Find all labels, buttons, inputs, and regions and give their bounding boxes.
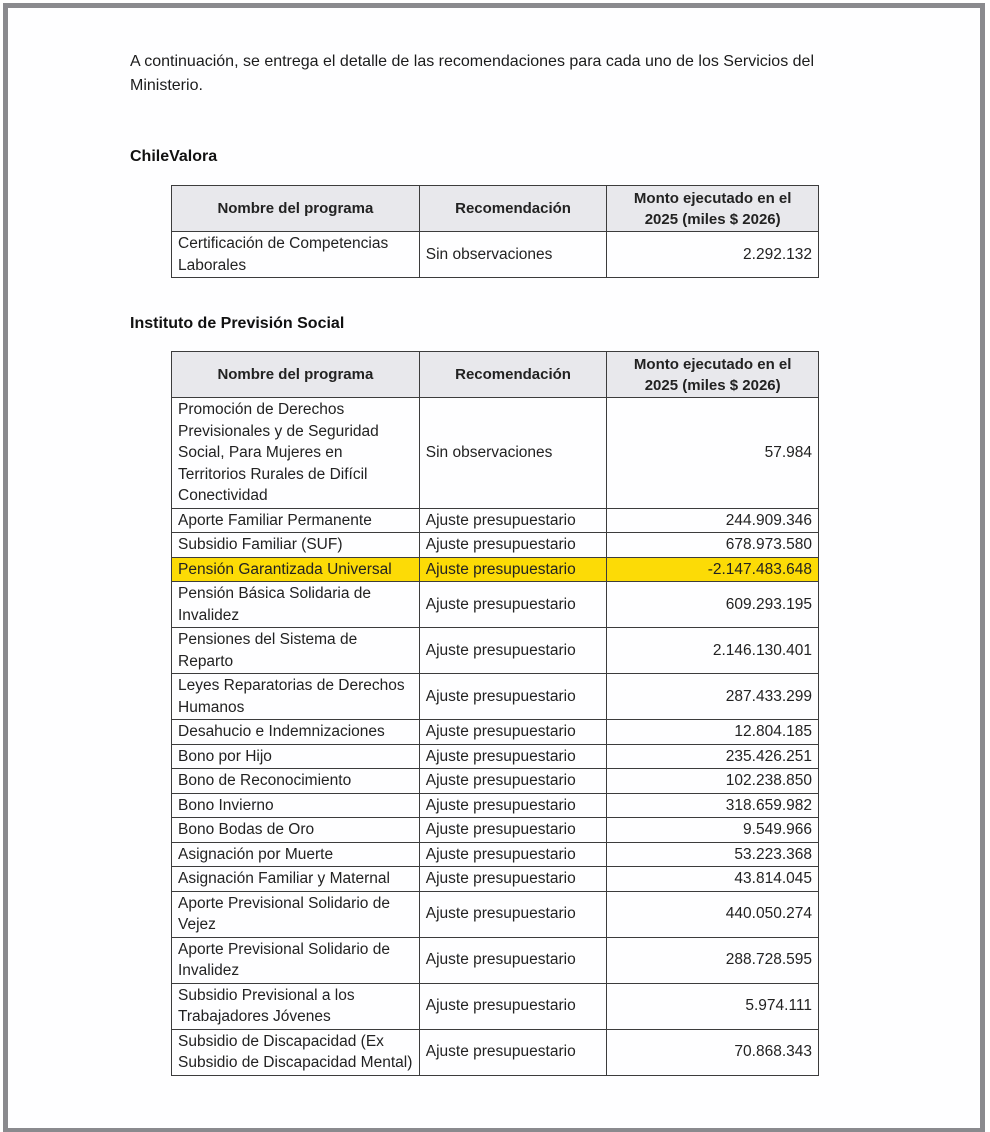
recommendation-cell: Ajuste presupuestario	[419, 674, 607, 720]
section-title-chilevalora: ChileValora	[130, 148, 217, 166]
header-amount: Monto ejecutado en el2025 (miles $ 2026)	[607, 352, 819, 398]
table-row: Bono por HijoAjuste presupuestario235.42…	[172, 744, 819, 769]
program-cell: Pensiones del Sistema de Reparto	[172, 628, 420, 674]
table-row: Aporte Previsional Solidario de Invalide…	[172, 937, 819, 983]
recommendation-cell: Ajuste presupuestario	[419, 744, 607, 769]
header-amount: Monto ejecutado en el2025 (miles $ 2026)	[607, 186, 819, 232]
program-cell: Subsidio Familiar (SUF)	[172, 533, 420, 558]
table-row: Aporte Previsional Solidario de VejezAju…	[172, 891, 819, 937]
table-row: Bono InviernoAjuste presupuestario318.65…	[172, 793, 819, 818]
table-row: Asignación por MuerteAjuste presupuestar…	[172, 842, 819, 867]
program-cell: Pensión Básica Solidaria de Invalidez	[172, 582, 420, 628]
table-row: Leyes Reparatorias de Derechos HumanosAj…	[172, 674, 819, 720]
recommendation-cell: Ajuste presupuestario	[419, 720, 607, 745]
recommendation-cell: Ajuste presupuestario	[419, 983, 607, 1029]
recommendation-cell: Sin observaciones	[419, 398, 607, 509]
amount-cell: -2.147.483.648	[607, 557, 819, 582]
recommendation-cell: Ajuste presupuestario	[419, 891, 607, 937]
recommendation-cell: Ajuste presupuestario	[419, 557, 607, 582]
section-title-ips: Instituto de Previsión Social	[130, 315, 344, 333]
program-cell: Asignación por Muerte	[172, 842, 420, 867]
recommendation-cell: Ajuste presupuestario	[419, 769, 607, 794]
program-cell: Aporte Familiar Permanente	[172, 508, 420, 533]
recommendation-cell: Ajuste presupuestario	[419, 867, 607, 892]
program-cell: Pensión Garantizada Universal	[172, 557, 420, 582]
intro-paragraph: A continuación, se entrega el detalle de…	[130, 50, 890, 98]
amount-cell: 440.050.274	[607, 891, 819, 937]
recommendation-cell: Ajuste presupuestario	[419, 508, 607, 533]
program-cell: Bono Invierno	[172, 793, 420, 818]
program-cell: Subsidio Previsional a los Trabajadores …	[172, 983, 420, 1029]
amount-cell: 2.292.132	[607, 232, 819, 278]
amount-cell: 43.814.045	[607, 867, 819, 892]
program-cell: Aporte Previsional Solidario de Invalide…	[172, 937, 420, 983]
table-row: Asignación Familiar y MaternalAjuste pre…	[172, 867, 819, 892]
table-row: Subsidio Familiar (SUF)Ajuste presupuest…	[172, 533, 819, 558]
program-cell: Desahucio e Indemnizaciones	[172, 720, 420, 745]
table-row: Bono de ReconocimientoAjuste presupuesta…	[172, 769, 819, 794]
table-row: Certificación de Competencias LaboralesS…	[172, 232, 819, 278]
amount-cell: 102.238.850	[607, 769, 819, 794]
table-row: Subsidio de Discapacidad (Ex Subsidio de…	[172, 1029, 819, 1075]
amount-cell: 609.293.195	[607, 582, 819, 628]
table-row: Desahucio e IndemnizacionesAjuste presup…	[172, 720, 819, 745]
table-row: Pensiones del Sistema de RepartoAjuste p…	[172, 628, 819, 674]
program-cell: Bono por Hijo	[172, 744, 420, 769]
amount-cell: 318.659.982	[607, 793, 819, 818]
table-row: Promoción de Derechos Previsionales y de…	[172, 398, 819, 509]
recommendation-cell: Sin observaciones	[419, 232, 607, 278]
table-row: Aporte Familiar PermanenteAjuste presupu…	[172, 508, 819, 533]
program-cell: Asignación Familiar y Maternal	[172, 867, 420, 892]
program-cell: Subsidio de Discapacidad (Ex Subsidio de…	[172, 1029, 420, 1075]
program-cell: Aporte Previsional Solidario de Vejez	[172, 891, 420, 937]
amount-cell: 235.426.251	[607, 744, 819, 769]
table-row: Pensión Básica Solidaria de InvalidezAju…	[172, 582, 819, 628]
table-header-row: Nombre del programa Recomendación Monto …	[172, 352, 819, 398]
table-ips: Nombre del programa Recomendación Monto …	[171, 351, 819, 1076]
recommendation-cell: Ajuste presupuestario	[419, 628, 607, 674]
amount-cell: 70.868.343	[607, 1029, 819, 1075]
amount-cell: 678.973.580	[607, 533, 819, 558]
header-recommendation: Recomendación	[419, 186, 607, 232]
header-recommendation: Recomendación	[419, 352, 607, 398]
table-row: Subsidio Previsional a los Trabajadores …	[172, 983, 819, 1029]
recommendation-cell: Ajuste presupuestario	[419, 842, 607, 867]
amount-cell: 244.909.346	[607, 508, 819, 533]
program-cell: Leyes Reparatorias de Derechos Humanos	[172, 674, 420, 720]
amount-cell: 9.549.966	[607, 818, 819, 843]
table-row: Bono Bodas de OroAjuste presupuestario9.…	[172, 818, 819, 843]
amount-cell: 2.146.130.401	[607, 628, 819, 674]
program-cell: Bono Bodas de Oro	[172, 818, 420, 843]
recommendation-cell: Ajuste presupuestario	[419, 1029, 607, 1075]
amount-cell: 53.223.368	[607, 842, 819, 867]
recommendation-cell: Ajuste presupuestario	[419, 582, 607, 628]
amount-cell: 57.984	[607, 398, 819, 509]
amount-cell: 5.974.111	[607, 983, 819, 1029]
program-cell: Certificación de Competencias Laborales	[172, 232, 420, 278]
table-chilevalora: Nombre del programa Recomendación Monto …	[171, 185, 819, 278]
amount-cell: 287.433.299	[607, 674, 819, 720]
recommendation-cell: Ajuste presupuestario	[419, 793, 607, 818]
program-cell: Promoción de Derechos Previsionales y de…	[172, 398, 420, 509]
amount-cell: 288.728.595	[607, 937, 819, 983]
header-program: Nombre del programa	[172, 352, 420, 398]
recommendation-cell: Ajuste presupuestario	[419, 937, 607, 983]
amount-cell: 12.804.185	[607, 720, 819, 745]
recommendation-cell: Ajuste presupuestario	[419, 533, 607, 558]
table-header-row: Nombre del programa Recomendación Monto …	[172, 186, 819, 232]
table-row: Pensión Garantizada UniversalAjuste pres…	[172, 557, 819, 582]
recommendation-cell: Ajuste presupuestario	[419, 818, 607, 843]
header-program: Nombre del programa	[172, 186, 420, 232]
program-cell: Bono de Reconocimiento	[172, 769, 420, 794]
